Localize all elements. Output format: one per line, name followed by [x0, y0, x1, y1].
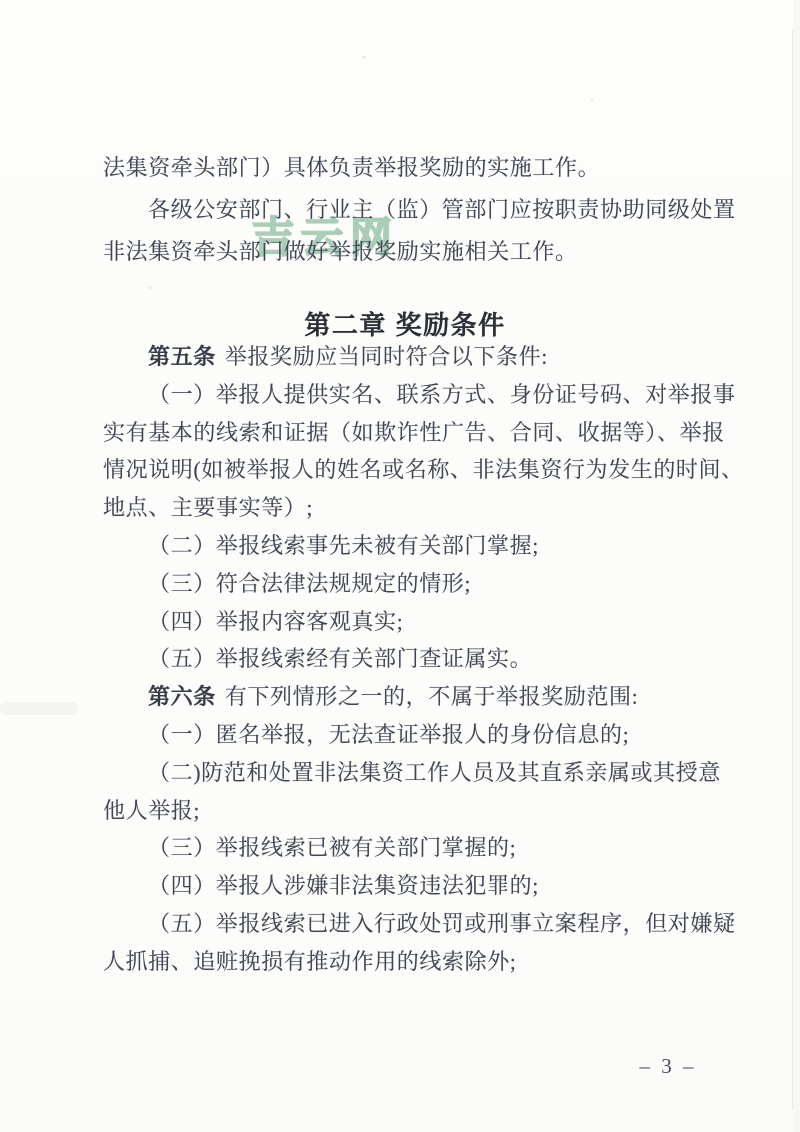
- doc-line: （一）匿名举报，无法查证举报人的身份信息的;: [103, 716, 707, 754]
- doc-line: 法集资牵头部门）具体负责举报奖励的实施工作。: [103, 147, 707, 189]
- line-text: 举报奖励应当同时符合以下条件:: [225, 344, 548, 369]
- scan-speck: [362, 56, 366, 59]
- doc-line: （五）举报线索已进入行政处罚或刑事立案程序，但对嫌疑: [103, 905, 707, 943]
- doc-line: （二）举报线索事先未被有关部门掌握;: [103, 527, 707, 565]
- doc-line: （四）举报内容客观真实;: [103, 603, 707, 641]
- scan-edge-strip: [793, 0, 800, 1132]
- page-number: – 3 –: [618, 1054, 718, 1079]
- scan-edge-line: [792, 30, 793, 1110]
- chapter-body: 第五条举报奖励应当同时符合以下条件: （一）举报人提供实名、联系方式、身份证号码…: [103, 338, 707, 981]
- doc-line-article: 第五条举报奖励应当同时符合以下条件:: [103, 338, 707, 376]
- doc-line: （四）举报人涉嫌非法集资违法犯罪的;: [103, 867, 707, 905]
- article-number: 第五条: [148, 344, 216, 369]
- doc-line: （一）举报人提供实名、联系方式、身份证号码、对举报事: [103, 376, 707, 414]
- line-text: 有下列情形之一的，不属于举报奖励范围:: [225, 684, 639, 709]
- doc-line: （二)防范和处置非法集资工作人员及其直系亲属或其授意: [103, 754, 707, 792]
- scan-speck: [590, 99, 594, 102]
- doc-line: 地点、主要事实等）;: [103, 489, 707, 527]
- article-number: 第六条: [148, 684, 216, 709]
- doc-line: 情况说明(如被举报人的姓名或名称、非法集资行为发生的时间、: [103, 451, 707, 489]
- intro-paragraphs: 法集资牵头部门）具体负责举报奖励的实施工作。 各级公安部门、行业主（监）管部门应…: [103, 147, 707, 273]
- doc-line: 实有基本的线索和证据（如欺诈性广告、合同、收据等）、举报: [103, 414, 707, 452]
- doc-line: 非法集资牵头部门做好举报奖励实施相关工作。: [103, 231, 707, 273]
- doc-line: （三）举报线索已被有关部门掌握的;: [103, 829, 707, 867]
- chapter-heading: 第二章 奖励条件: [103, 305, 707, 342]
- scanned-document-page: 吉云网 法集资牵头部门）具体负责举报奖励的实施工作。 各级公安部门、行业主（监）…: [0, 0, 800, 1132]
- doc-line-article: 第六条有下列情形之一的，不属于举报奖励范围:: [103, 678, 707, 716]
- scan-speck: [148, 286, 152, 289]
- doc-line: （三）符合法律法规规定的情形;: [103, 565, 707, 603]
- doc-line: 各级公安部门、行业主（监）管部门应按职责协助同级处置: [103, 189, 707, 231]
- doc-line: （五）举报线索经有关部门查证属实。: [103, 640, 707, 678]
- doc-line: 人抓捕、追赃挽损有推动作用的线索除外;: [103, 943, 707, 981]
- doc-line: 他人举报;: [103, 792, 707, 830]
- scan-smudge: [0, 702, 78, 715]
